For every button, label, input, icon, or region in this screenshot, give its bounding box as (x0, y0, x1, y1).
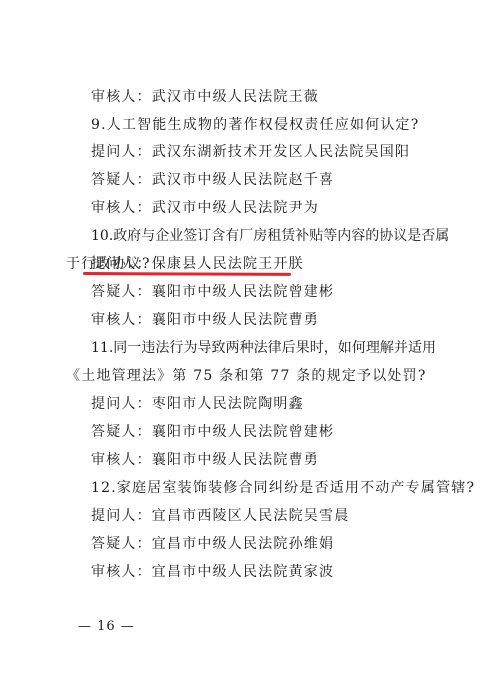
document-page: 审核人：武汉市中级人民法院王薇 9.人工智能生成物的著作权侵权责任应如何认定? … (0, 0, 494, 697)
asker-line-q12: 提问人：宜昌市西陵区人民法院吴雪晨 (91, 507, 436, 525)
question-title-11-line1: 11.同一违法行为导致两种法律后果时，如何理解并适用 (91, 339, 436, 357)
asker-line-q11: 提问人：枣阳市人民法院陶明鑫 (91, 395, 436, 413)
reviewer-line-q11: 审核人：襄阳市中级人民法院曹勇 (91, 451, 436, 469)
reviewer-line-q12: 审核人：宜昌市中级人民法院黄家波 (91, 563, 436, 581)
reviewer-line-q10: 审核人：襄阳市中级人民法院曹勇 (91, 311, 436, 329)
question-title-11-line2: 《土地管理法》第 75 条和第 77 条的规定予以处罚? (66, 367, 411, 385)
asker-line-q10: 提问人：保康县人民法院王开朕 (91, 255, 436, 273)
reviewer-line-q8: 审核人：武汉市中级人民法院王薇 (91, 88, 436, 106)
reviewer-line-q9: 审核人：武汉市中级人民法院尹为 (91, 199, 436, 217)
question-title-12: 12.家庭居室装饰装修合同纠纷是否适用不动产专属管辖? (91, 479, 436, 497)
highlight-underline (83, 272, 291, 276)
answerer-line-q10: 答疑人：襄阳市中级人民法院曾建彬 (91, 283, 436, 301)
page-number: — 16 — (78, 618, 135, 636)
answerer-line-q11: 答疑人：襄阳市中级人民法院曾建彬 (91, 423, 436, 441)
question-title-10-line1: 10.政府与企业签订含有厂房租赁补贴等内容的协议是否属 (91, 227, 436, 245)
answerer-line-q9: 答疑人：武汉市中级人民法院赵千喜 (91, 171, 436, 189)
question-title-9: 9.人工智能生成物的著作权侵权责任应如何认定? (91, 116, 436, 134)
asker-line-q9: 提问人：武汉东湖新技术开发区人民法院吴国阳 (91, 143, 436, 161)
answerer-line-q12: 答疑人：宜昌市中级人民法院孙维娟 (91, 535, 436, 553)
